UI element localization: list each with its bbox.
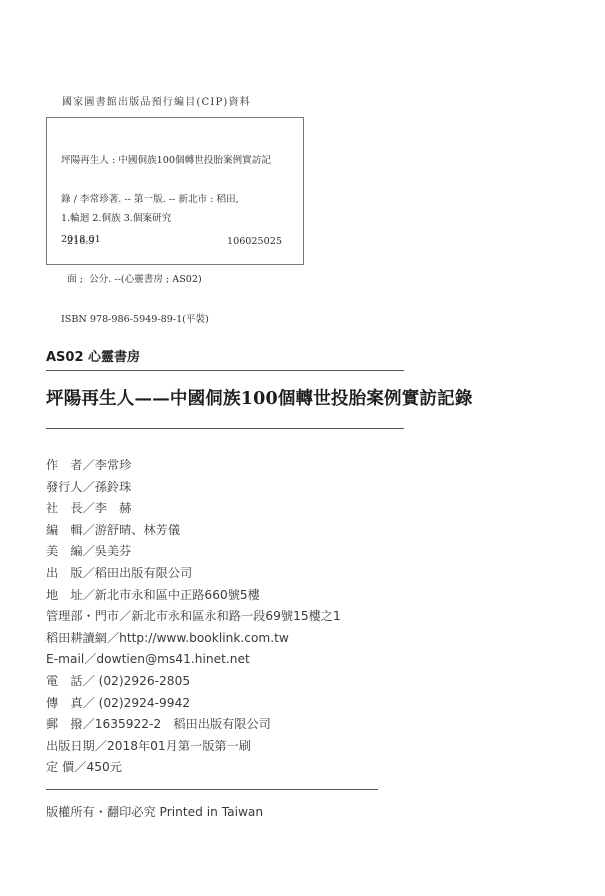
credit-value: 游舒晴、林芳儀 (95, 523, 180, 537)
credit-label: 社 長 (46, 498, 83, 520)
credit-value: 1635922-2 稻田出版有限公司 (95, 717, 271, 731)
credit-value: 孫鈴珠 (95, 480, 132, 494)
credits-list: 作 者／李常珍 發行人／孫鈴珠 社 長／李 赫 編 輯／游舒晴、林芳儀 美 編／… (46, 455, 341, 779)
separator: ／ (119, 609, 131, 623)
credit-label: 出版日期 (46, 736, 95, 758)
separator: ／ (107, 631, 119, 645)
credit-value: 新北市永和區中正路660號5樓 (95, 588, 260, 602)
credit-value: 李常珍 (95, 458, 132, 472)
cip-record-box: 坪陽再生人 : 中國侗族100個轉世投胎案例實訪記 錄 / 李常珍著. -- 第… (46, 117, 304, 265)
separator: ／ (84, 652, 96, 666)
cip-subjects: 1.輪迴 2.侗族 3.個案研究 (61, 210, 171, 224)
cip-line: ISBN 978-986-5949-89-1(平裝) (61, 313, 299, 326)
credit-address: 地 址／新北市永和區中正路660號5樓 (46, 585, 341, 607)
separator: ／ (83, 523, 95, 537)
credit-author: 作 者／李常珍 (46, 455, 341, 477)
separator: ／ (83, 501, 95, 515)
credit-value: 吳美芬 (95, 544, 132, 558)
credit-label: 電 話 (46, 671, 83, 693)
credit-president: 社 長／李 赫 (46, 498, 341, 520)
credit-label: 稻田耕讀網 (46, 628, 107, 650)
cip-classification: 216.9 (67, 236, 94, 247)
credit-email: E-mail／dowtien@ms41.hinet.net (46, 649, 341, 671)
email-address: dowtien@ms41.hinet.net (96, 652, 249, 666)
credit-value: 李 赫 (95, 501, 132, 515)
credit-value: 新北市永和區永和路一段69號15樓之1 (131, 609, 340, 623)
credit-label: E-mail (46, 649, 84, 671)
credit-editor: 編 輯／游舒晴、林芳儀 (46, 520, 341, 542)
credit-value: (02)2926-2805 (95, 674, 190, 688)
credit-label: 傳 真 (46, 693, 83, 715)
cip-line: 坪陽再生人 : 中國侗族100個轉世投胎案例實訪記 (61, 154, 299, 167)
copyright-notice: 版權所有・翻印必究 Printed in Taiwan (46, 803, 263, 820)
credit-publisher: 出 版／稻田出版有限公司 (46, 563, 341, 585)
credit-label: 郵 撥 (46, 714, 83, 736)
credit-label: 發行人 (46, 477, 83, 499)
credit-price: 定 價／450元 (46, 757, 341, 779)
credit-label: 編 輯 (46, 520, 83, 542)
cip-heading: 國家圖書館出版品預行編目(CIP)資料 (62, 93, 251, 108)
book-title: 坪陽再生人——中國侗族100個轉世投胎案例實訪記錄 (46, 385, 473, 410)
credit-label: 出 版 (46, 563, 83, 585)
credit-label: 定 價 (46, 757, 74, 779)
separator: ／ (83, 717, 95, 731)
separator: ／ (83, 696, 95, 710)
cip-line: 面 ; 公分. --(心靈書房 ; AS02) (61, 273, 299, 286)
credit-publisher-person: 發行人／孫鈴珠 (46, 477, 341, 499)
separator: ／ (83, 566, 95, 580)
separator: ／ (95, 739, 107, 753)
divider (46, 428, 404, 429)
separator: ／ (83, 458, 95, 472)
credit-art-editor: 美 編／吳美芬 (46, 541, 341, 563)
credit-value: (02)2924-9942 (95, 696, 190, 710)
credit-value: 稻田出版有限公司 (95, 566, 193, 580)
separator: ／ (83, 588, 95, 602)
credit-label: 美 編 (46, 541, 83, 563)
credit-website: 稻田耕讀網／http://www.booklink.com.tw (46, 628, 341, 650)
divider (46, 789, 378, 790)
separator: ／ (83, 480, 95, 494)
credit-publish-date: 出版日期／2018年01月第一版第一刷 (46, 736, 341, 758)
credit-label: 地 址 (46, 585, 83, 607)
separator: ／ (83, 674, 95, 688)
separator: ／ (83, 544, 95, 558)
divider (46, 370, 404, 371)
credit-value: 450元 (86, 760, 121, 774)
credit-value: 2018年01月第一版第一刷 (107, 739, 251, 753)
series-label: AS02 心靈書房 (46, 346, 140, 365)
cip-record-number: 106025025 (227, 236, 282, 247)
credit-store-address: 管理部・門市／新北市永和區永和路一段69號15樓之1 (46, 606, 341, 628)
credit-phone: 電 話／ (02)2926-2805 (46, 671, 341, 693)
credit-postal-transfer: 郵 撥／1635922-2 稻田出版有限公司 (46, 714, 341, 736)
credit-label: 管理部・門市 (46, 606, 119, 628)
credit-fax: 傳 真／ (02)2924-9942 (46, 693, 341, 715)
cip-line: 錄 / 李常珍著. -- 第一版. -- 新北市 : 稻田, (61, 193, 299, 206)
website-link: http://www.booklink.com.tw (119, 631, 289, 645)
credit-label: 作 者 (46, 455, 83, 477)
separator: ／ (74, 760, 86, 774)
